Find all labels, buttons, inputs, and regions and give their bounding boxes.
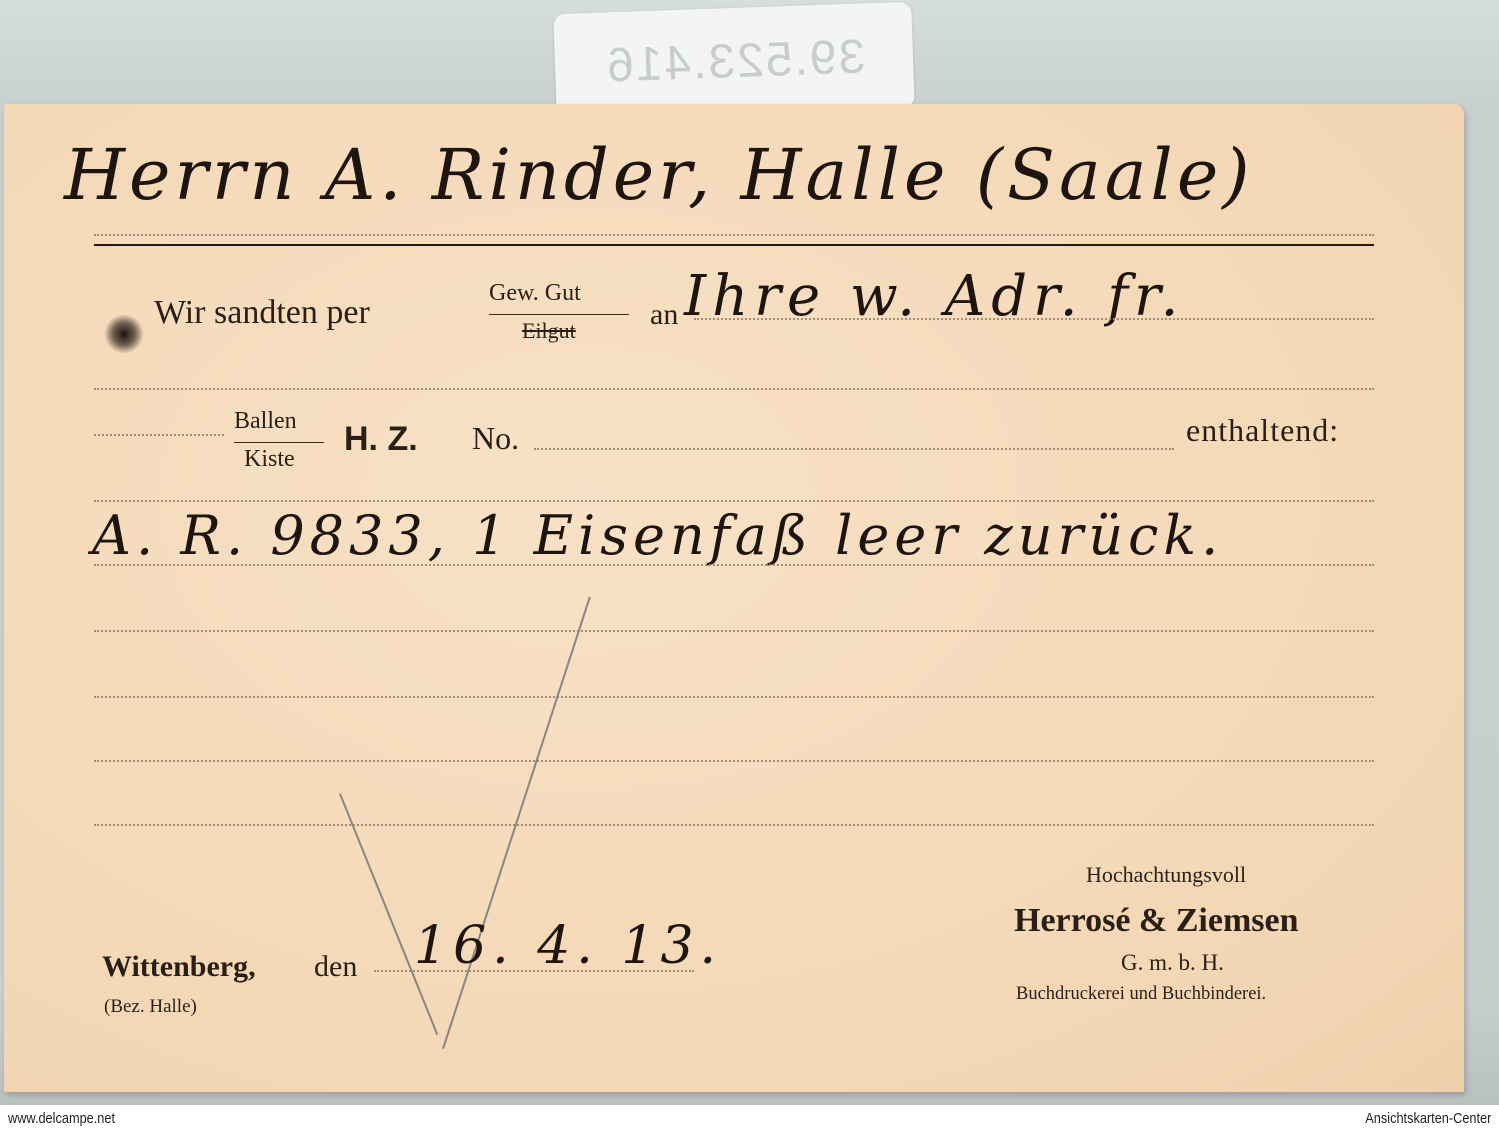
number-dotted <box>534 448 1174 450</box>
pencil-check-mark-right <box>442 597 591 1049</box>
enthaltend-label: enthaltend: <box>1186 412 1339 449</box>
an-label: an <box>650 298 678 332</box>
company-form: G. m. b. H. <box>1121 950 1224 976</box>
sticker-number: 39.523.416 <box>604 29 866 93</box>
address-rule <box>94 244 1374 246</box>
company-description: Buchdruckerei und Buchbinderei. <box>1016 984 1266 1005</box>
date-handwriting: 16. 4. 13. <box>414 916 722 976</box>
option-eilgut-struck: Eilgut <box>522 318 576 344</box>
place-wittenberg: Wittenberg, <box>102 950 256 984</box>
den-label: den <box>314 950 357 984</box>
contents-dotted-top <box>94 500 1374 502</box>
contents-dotted-2 <box>94 630 1374 632</box>
footer-source-link[interactable]: www.delcampe.net <box>8 1110 115 1127</box>
ballen-kiste-divider <box>234 442 324 443</box>
left-short-dotted <box>94 434 224 436</box>
contents-dotted-1 <box>94 564 1374 566</box>
address-dotted-line <box>94 234 1374 236</box>
date-dotted <box>374 970 694 972</box>
option-kiste: Kiste <box>244 446 295 473</box>
pencil-check-mark-left <box>339 793 438 1035</box>
contents-handwriting: A. R. 9833, 1 Eisenfaß leer zurück. <box>92 504 1223 567</box>
contents-dotted-4 <box>94 760 1374 762</box>
inventory-sticker: 39.523.416 <box>553 2 914 120</box>
wir-sandten-text: Wir sandten per <box>154 294 370 332</box>
place-sub-bez-halle: (Bez. Halle) <box>104 996 197 1018</box>
line1b-dotted <box>94 388 1374 390</box>
contents-dotted-5 <box>94 824 1374 826</box>
contents-dotted-3 <box>94 696 1374 698</box>
no-label: No. <box>472 420 519 457</box>
hz-mark: H. Z. <box>344 420 418 459</box>
ink-blot <box>104 314 144 354</box>
footer-seller-name: Ansichtskarten-Center <box>1365 1110 1491 1127</box>
wir-sandten-label: Wir sandten per <box>154 294 370 331</box>
company-name: Herrosé & Ziemsen <box>1014 902 1299 940</box>
line1-dotted <box>694 318 1374 320</box>
option-divider <box>489 314 629 315</box>
closing-hochachtungsvoll: Hochachtungsvoll <box>1086 862 1246 888</box>
addressee-handwriting: Herrn A. Rinder, Halle (Saale) <box>64 134 1254 216</box>
postcard: Herrn A. Rinder, Halle (Saale) Wir sandt… <box>4 104 1464 1092</box>
option-gew-gut: Gew. Gut <box>489 280 581 307</box>
option-ballen: Ballen <box>234 408 297 435</box>
